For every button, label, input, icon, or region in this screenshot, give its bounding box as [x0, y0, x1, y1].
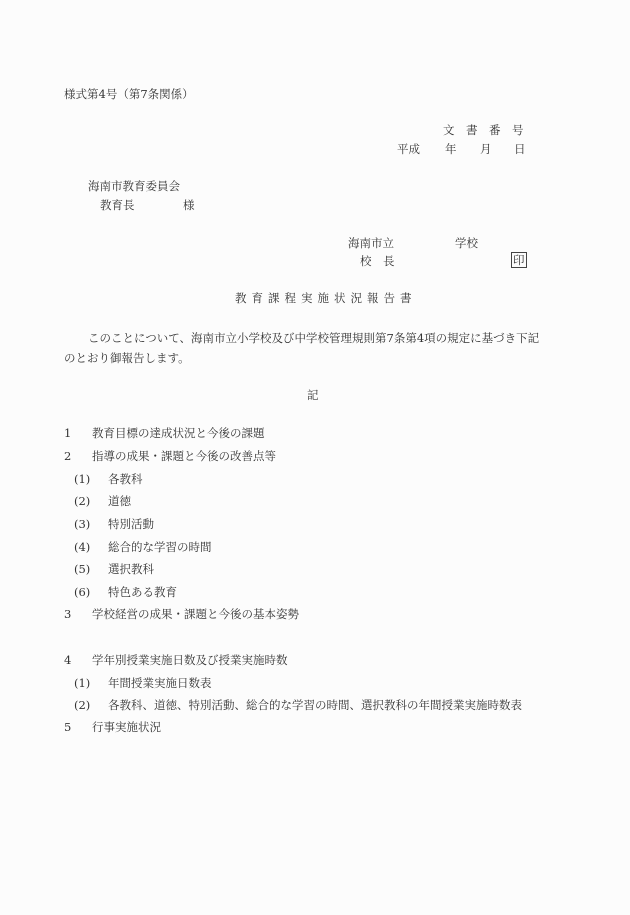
list-subitem: (2)道徳 — [64, 493, 131, 509]
list-item: 3学校経営の成果・課題と今後の基本姿勢 — [64, 606, 299, 622]
list-item: 4学年別授業実施日数及び授業実施時数 — [64, 652, 288, 668]
body-line-1: このことについて、海南市立小学校及び中学校管理規則第7条第4項の規定に基づき下記 — [88, 330, 539, 346]
list-item: 2指導の成果・課題と今後の改善点等 — [64, 448, 276, 464]
list-item: 1教育目標の達成状況と今後の課題 — [64, 425, 265, 441]
list-subitem: (6)特色ある教育 — [64, 584, 177, 600]
date-year: 年 — [445, 141, 457, 157]
sender-city: 海南市立 — [348, 235, 394, 251]
seal-mark: 印 — [511, 252, 527, 268]
list-item: 5行事実施状況 — [64, 719, 161, 735]
date-day: 日 — [514, 141, 526, 157]
list-subitem: (1)年間授業実施日数表 — [64, 675, 212, 691]
list-subitem: (3)特別活動 — [64, 516, 154, 532]
sender-school: 学校 — [455, 235, 478, 251]
document-number-label: 文 書 番 号 — [443, 122, 524, 138]
list-subitem: (5)選択教科 — [64, 561, 154, 577]
list-subitem: (1)各教科 — [64, 471, 143, 487]
date-era: 平成 — [397, 141, 420, 157]
date-month: 月 — [480, 141, 492, 157]
list-subitem: (2)各教科、道徳、特別活動、総合的な学習の時間、選択教科の年間授業実施時数表 — [64, 697, 522, 713]
seal-icon: 印 — [511, 252, 527, 268]
addressee-org: 海南市教育委員会 — [88, 178, 180, 194]
form-label: 様式第4号（第7条関係） — [64, 86, 194, 102]
addressee-title: 教育長 — [100, 197, 135, 213]
document-title: 教育課程実施状況報告書 — [235, 290, 417, 306]
ki-heading: 記 — [307, 387, 319, 403]
addressee-honorific: 様 — [183, 197, 195, 213]
sender-principal: 校 長 — [360, 253, 395, 269]
body-line-2: のとおり御報告します。 — [64, 350, 190, 366]
list-subitem: (4)総合的な学習の時間 — [64, 539, 212, 555]
